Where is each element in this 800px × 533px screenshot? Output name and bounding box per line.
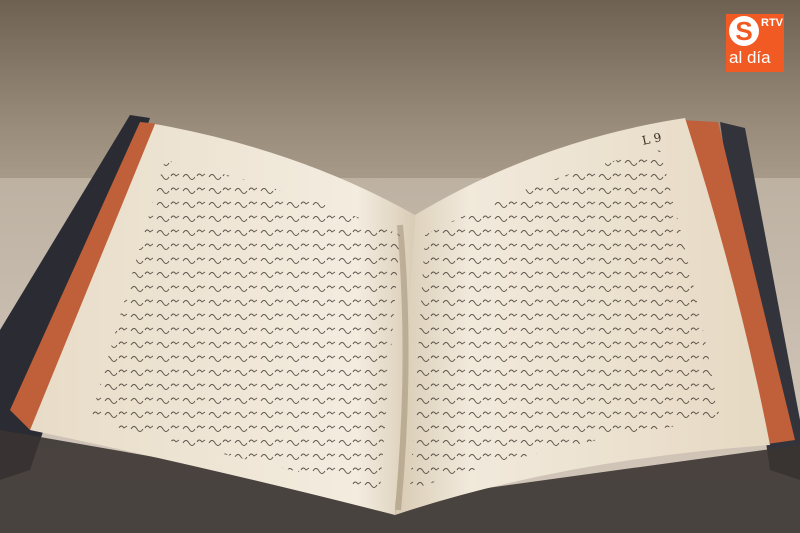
open-manuscript-book [0, 0, 800, 533]
photo-scene: L 9 S RTV al día [0, 0, 800, 533]
logo-tagline: al día [729, 48, 771, 68]
logo-letter: S [729, 16, 759, 46]
srtv-logo: S RTV al día [726, 14, 784, 72]
logo-rtv-text: RTV [761, 17, 783, 29]
